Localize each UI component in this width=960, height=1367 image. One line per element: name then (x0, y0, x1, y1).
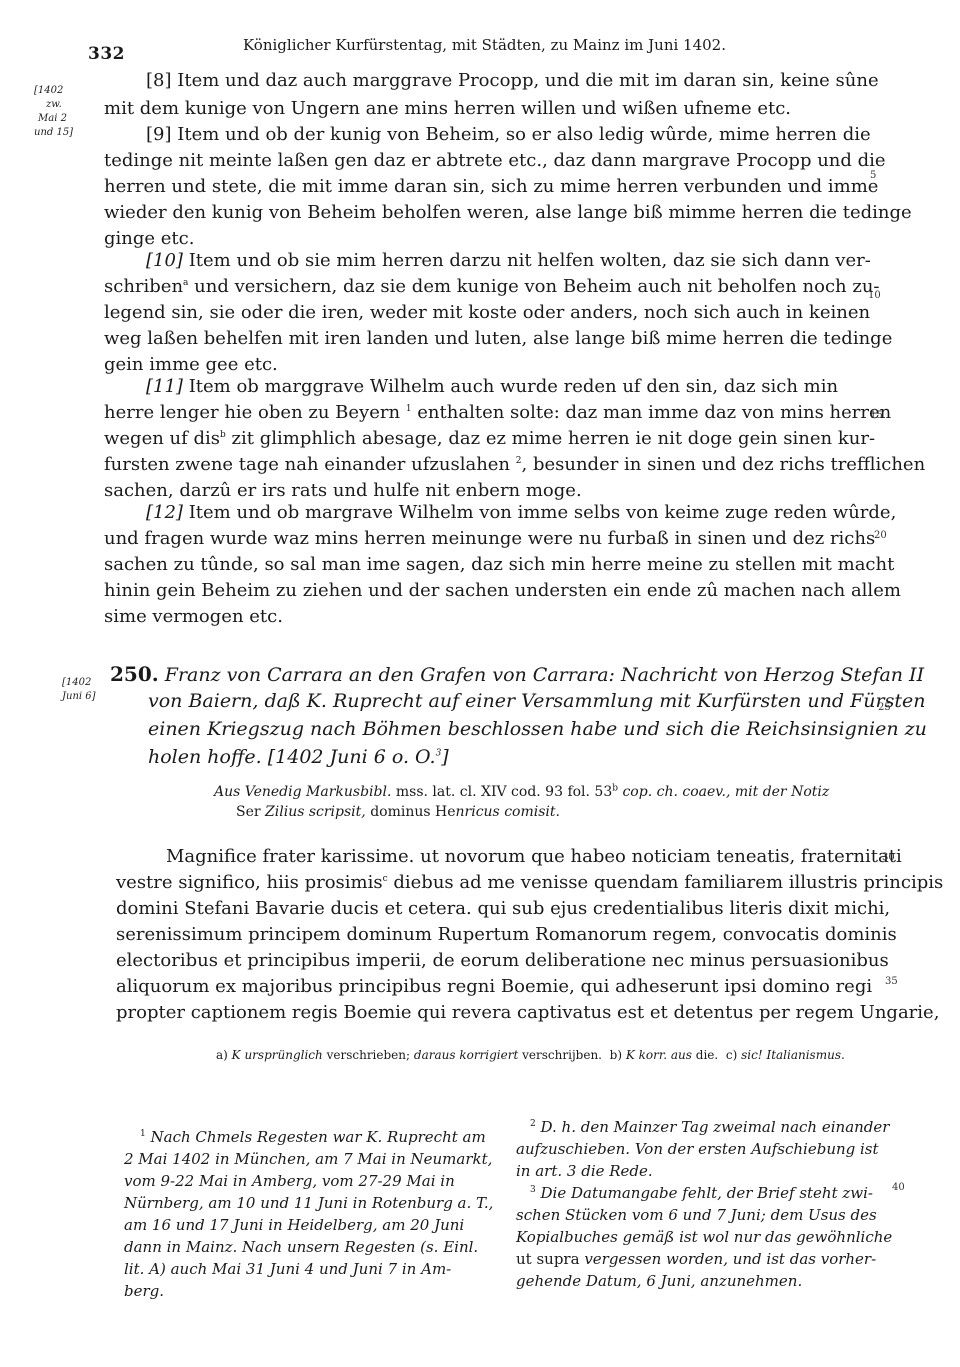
margin-date-note: [1402 zw. Mai 2 und 15] (34, 84, 73, 140)
article-11-line: [11] Item ob marggrave Wilhelm auch wurd… (146, 376, 906, 397)
text: cop. ch. coaev., mit der Notiz (622, 784, 829, 800)
letter-line: electoribus et principibus imperii, de e… (116, 950, 889, 971)
running-title: Königlicher Kurfürstentag, mit Städten, … (243, 36, 726, 54)
line-number: 5 (870, 170, 876, 181)
article-number: [9] (146, 124, 172, 145)
text: Item und ob margrave Wilhelm von imme se… (189, 502, 897, 523)
letter-line: serenissimum principem dominum Rupertum … (116, 924, 897, 945)
margin-note-line: [1402 (62, 676, 96, 690)
footnote-1: 1 Nach Chmels Regesten war K. Ruprecht a… (140, 1128, 486, 1146)
text: K ursprünglich (232, 1048, 323, 1062)
text: b) (610, 1048, 622, 1062)
article-11-line: fursten zwene tage nah einander ufzuslah… (104, 454, 864, 475)
footnote-3: 3 Die Datumangabe fehlt, der Brief steht… (530, 1184, 873, 1202)
source-note: Ser Zilius scripsit, dominus Henricus co… (236, 804, 560, 820)
article-12-line: sime vermogen etc. (104, 606, 864, 627)
apparatus-mark: c (383, 874, 388, 884)
critical-apparatus: a) K ursprünglich verschrieben; daraus k… (216, 1048, 845, 1062)
footnote-1-line: 2 Mai 1402 in München, am 7 Mai in Neuma… (124, 1150, 492, 1168)
footnote-3-line: Kopialbuches gemäß ist wol nur das gewöh… (516, 1228, 892, 1246)
article-11-line: wegen uf disb zit glimphlich abesage, da… (104, 428, 864, 449)
footnote-mark: 3 (530, 1185, 536, 1195)
text: vergessen worden, und ist das vorher- (584, 1250, 876, 1268)
article-10-line: weg laßen behelfen mit iren landen und l… (104, 328, 864, 349)
footnote-1-line: vom 9-22 Mai in Amberg, vom 27-29 Mai in (124, 1172, 455, 1190)
line-number: 35 (885, 976, 898, 987)
line-number: 20 (874, 530, 887, 541)
footnote-3-line: ut supra vergessen worden, und ist das v… (516, 1250, 876, 1268)
line-number: 10 (868, 290, 881, 301)
text: nricus (456, 804, 500, 820)
article-9-line: [9] Item und ob der kunig von Beheim, so… (146, 124, 906, 145)
text: comisit. (504, 804, 560, 820)
margin-note-line: Juni 6] (62, 690, 96, 704)
footnote-3-line: gehende Datum, 6 Juni, anzunehmen. (516, 1272, 802, 1290)
text: herre lenger hie oben zu Beyern (104, 402, 400, 423)
text: wegen uf dis (104, 428, 220, 449)
text: Nach Chmels Regesten war K. Ruprecht am (151, 1128, 486, 1146)
letter-line: Magnifice frater karissime. ut novorum q… (166, 846, 902, 867)
text: Zilius scripsit, (265, 804, 366, 820)
page-number: 332 (88, 44, 125, 64)
letter-line: vestre significo, hiis prosimisc diebus … (116, 872, 943, 893)
article-10-line: [10] Item und ob sie mim herren darzu ni… (146, 250, 906, 271)
text: daraus korrigiert (414, 1048, 518, 1062)
footnote-1-line: am 16 und 17 Juni in Heidelberg, am 20 J… (124, 1216, 464, 1234)
footnote-2-line: in art. 3 die Rede. (516, 1162, 653, 1180)
article-9-line: wieder den kunig von Beheim beholfen wer… (104, 202, 864, 223)
footnote-3-line: schen Stücken vom 6 und 7 Juni; dem Usus… (516, 1206, 877, 1224)
text: K korr. aus (626, 1048, 692, 1062)
footnote-2-line: aufzuschieben. Von der ersten Aufschiebu… (516, 1140, 879, 1158)
text: holen hoffe. [1402 Juni 6 o. O. (148, 746, 436, 768)
text: enthalten solte: daz man imme daz von mi… (417, 402, 891, 423)
article-9-line: ginge etc. (104, 228, 864, 249)
article-number: [8] (146, 70, 172, 91)
text: fursten zwene tage nah einander ufzuslah… (104, 454, 510, 475)
line-number: 40 (892, 1182, 905, 1193)
text: ut supra (516, 1250, 580, 1268)
footnote-2: 2 D. h. den Mainzer Tag zweimal nach ein… (530, 1118, 889, 1136)
article-12-line: und fragen wurde waz mins herren meinung… (104, 528, 864, 549)
letter-line: aliquorum ex majoribus principibus regni… (116, 976, 872, 997)
apparatus-mark: b (220, 430, 226, 440)
text: mss. lat. cl. XIV cod. 93 fol. 53 (396, 784, 612, 800)
margin-note-line: zw. (34, 98, 73, 112)
margin-date-note: [1402 Juni 6] (62, 676, 96, 704)
article-12-line: hinin gein Beheim zu ziehen und der sach… (104, 580, 864, 601)
text: sic! Italianismus. (741, 1048, 845, 1062)
article-10-line: gein imme gee etc. (104, 354, 864, 375)
line-number: 30 (882, 852, 895, 863)
document-page: 332 Königlicher Kurfürstentag, mit Städt… (0, 0, 960, 1367)
article-12-line: [12] Item und ob margrave Wilhelm von im… (146, 502, 906, 523)
article-11-line: herre lenger hie oben zu Beyern 1 enthal… (104, 402, 864, 423)
article-9-line: herren und stete, die mit imme daran sin… (104, 176, 864, 197)
text: Item und ob sie mim herren darzu nit hel… (189, 250, 871, 271)
article-number: [10] (146, 250, 183, 271)
article-11-line: sachen, darzû er irs rats und hulfe nit … (104, 480, 864, 501)
footnote-1-line: dann in Mainz. Nach unsern Regesten (s. … (124, 1238, 478, 1256)
superscript: b (612, 783, 618, 793)
text: Ser (236, 804, 261, 820)
text: verschrieben; (327, 1048, 410, 1062)
article-10-line: legend sin, sie oder die iren, weder mit… (104, 302, 864, 323)
document-title-line: holen hoffe. [1402 Juni 6 o. O.3] (148, 746, 449, 768)
article-number: [11] (146, 376, 183, 397)
line-number: 15 (870, 410, 883, 421)
letter-line: domini Stefani Bavarie ducis et cetera. … (116, 898, 890, 919)
text: Die Datumangabe fehlt, der Brief steht z… (541, 1184, 873, 1202)
text: schriben (104, 276, 183, 297)
footnote-1-line: Nürnberg, am 10 und 11 Juni in Rotenburg… (124, 1194, 493, 1212)
apparatus-mark: a (183, 278, 188, 288)
article-8-line: [8] Item und daz auch marggrave Procopp,… (146, 70, 906, 91)
text: diebus ad me venisse quendam familiarem … (393, 872, 943, 893)
article-number: [12] (146, 502, 183, 523)
text: und versichern, daz sie dem kunige von B… (194, 276, 879, 297)
line-number: 25 (878, 702, 891, 713)
text: vestre significo, hiis prosimis (116, 872, 383, 893)
text: die. (696, 1048, 718, 1062)
margin-note-line: [1402 (34, 84, 73, 98)
text: verschrijben. (522, 1048, 602, 1062)
source-note: Aus Venedig Markusbibl. mss. lat. cl. XI… (214, 784, 829, 800)
text: , besunder in sinen und dez richs treffl… (522, 454, 926, 475)
article-9-line: tedinge nit meinte laßen gen daz er abtr… (104, 150, 864, 171)
footnote-1-line: berg. (124, 1282, 164, 1300)
article-10-line: schribena und versichern, daz sie dem ku… (104, 276, 864, 297)
article-8-line: mit dem kunige von Ungern ane mins herre… (104, 98, 864, 119)
margin-note-line: Mai 2 (34, 112, 73, 126)
footnote-1-line: lit. A) auch Mai 31 Juni 4 und Juni 7 in… (124, 1260, 451, 1278)
text: c) (726, 1048, 737, 1062)
text: ] (441, 746, 448, 768)
article-12-line: sachen zu tûnde, so sal man ime sagen, d… (104, 554, 864, 575)
text: Item ob marggrave Wilhelm auch wurde red… (189, 376, 838, 397)
footnote-mark: 2 (530, 1119, 536, 1129)
text: dominus He (370, 804, 455, 820)
document-title-line: einen Kriegszug nach Böhmen beschlossen … (148, 718, 927, 740)
document-title-line: von Baiern, daß K. Ruprecht auf einer Ve… (148, 690, 925, 712)
text: Item und daz auch marggrave Procopp, und… (177, 70, 878, 91)
text: Aus Venedig Markusbibl. (214, 784, 391, 800)
footnote-mark[interactable]: 1 (406, 404, 412, 414)
text: zit glimphlich abesage, daz ez mime herr… (232, 428, 876, 449)
margin-note-line: und 15] (34, 126, 73, 140)
document-title-line: 250. Franz von Carrara an den Grafen von… (110, 662, 924, 686)
text: a) (216, 1048, 228, 1062)
document-number: 250. (110, 662, 159, 686)
footnote-mark: 1 (140, 1129, 146, 1139)
letter-line: propter captionem regis Boemie qui rever… (116, 1002, 939, 1023)
text: Franz von Carrara an den Grafen von Carr… (165, 664, 924, 686)
text: Item und ob der kunig von Beheim, so er … (177, 124, 870, 145)
text: D. h. den Mainzer Tag zweimal nach einan… (541, 1118, 890, 1136)
